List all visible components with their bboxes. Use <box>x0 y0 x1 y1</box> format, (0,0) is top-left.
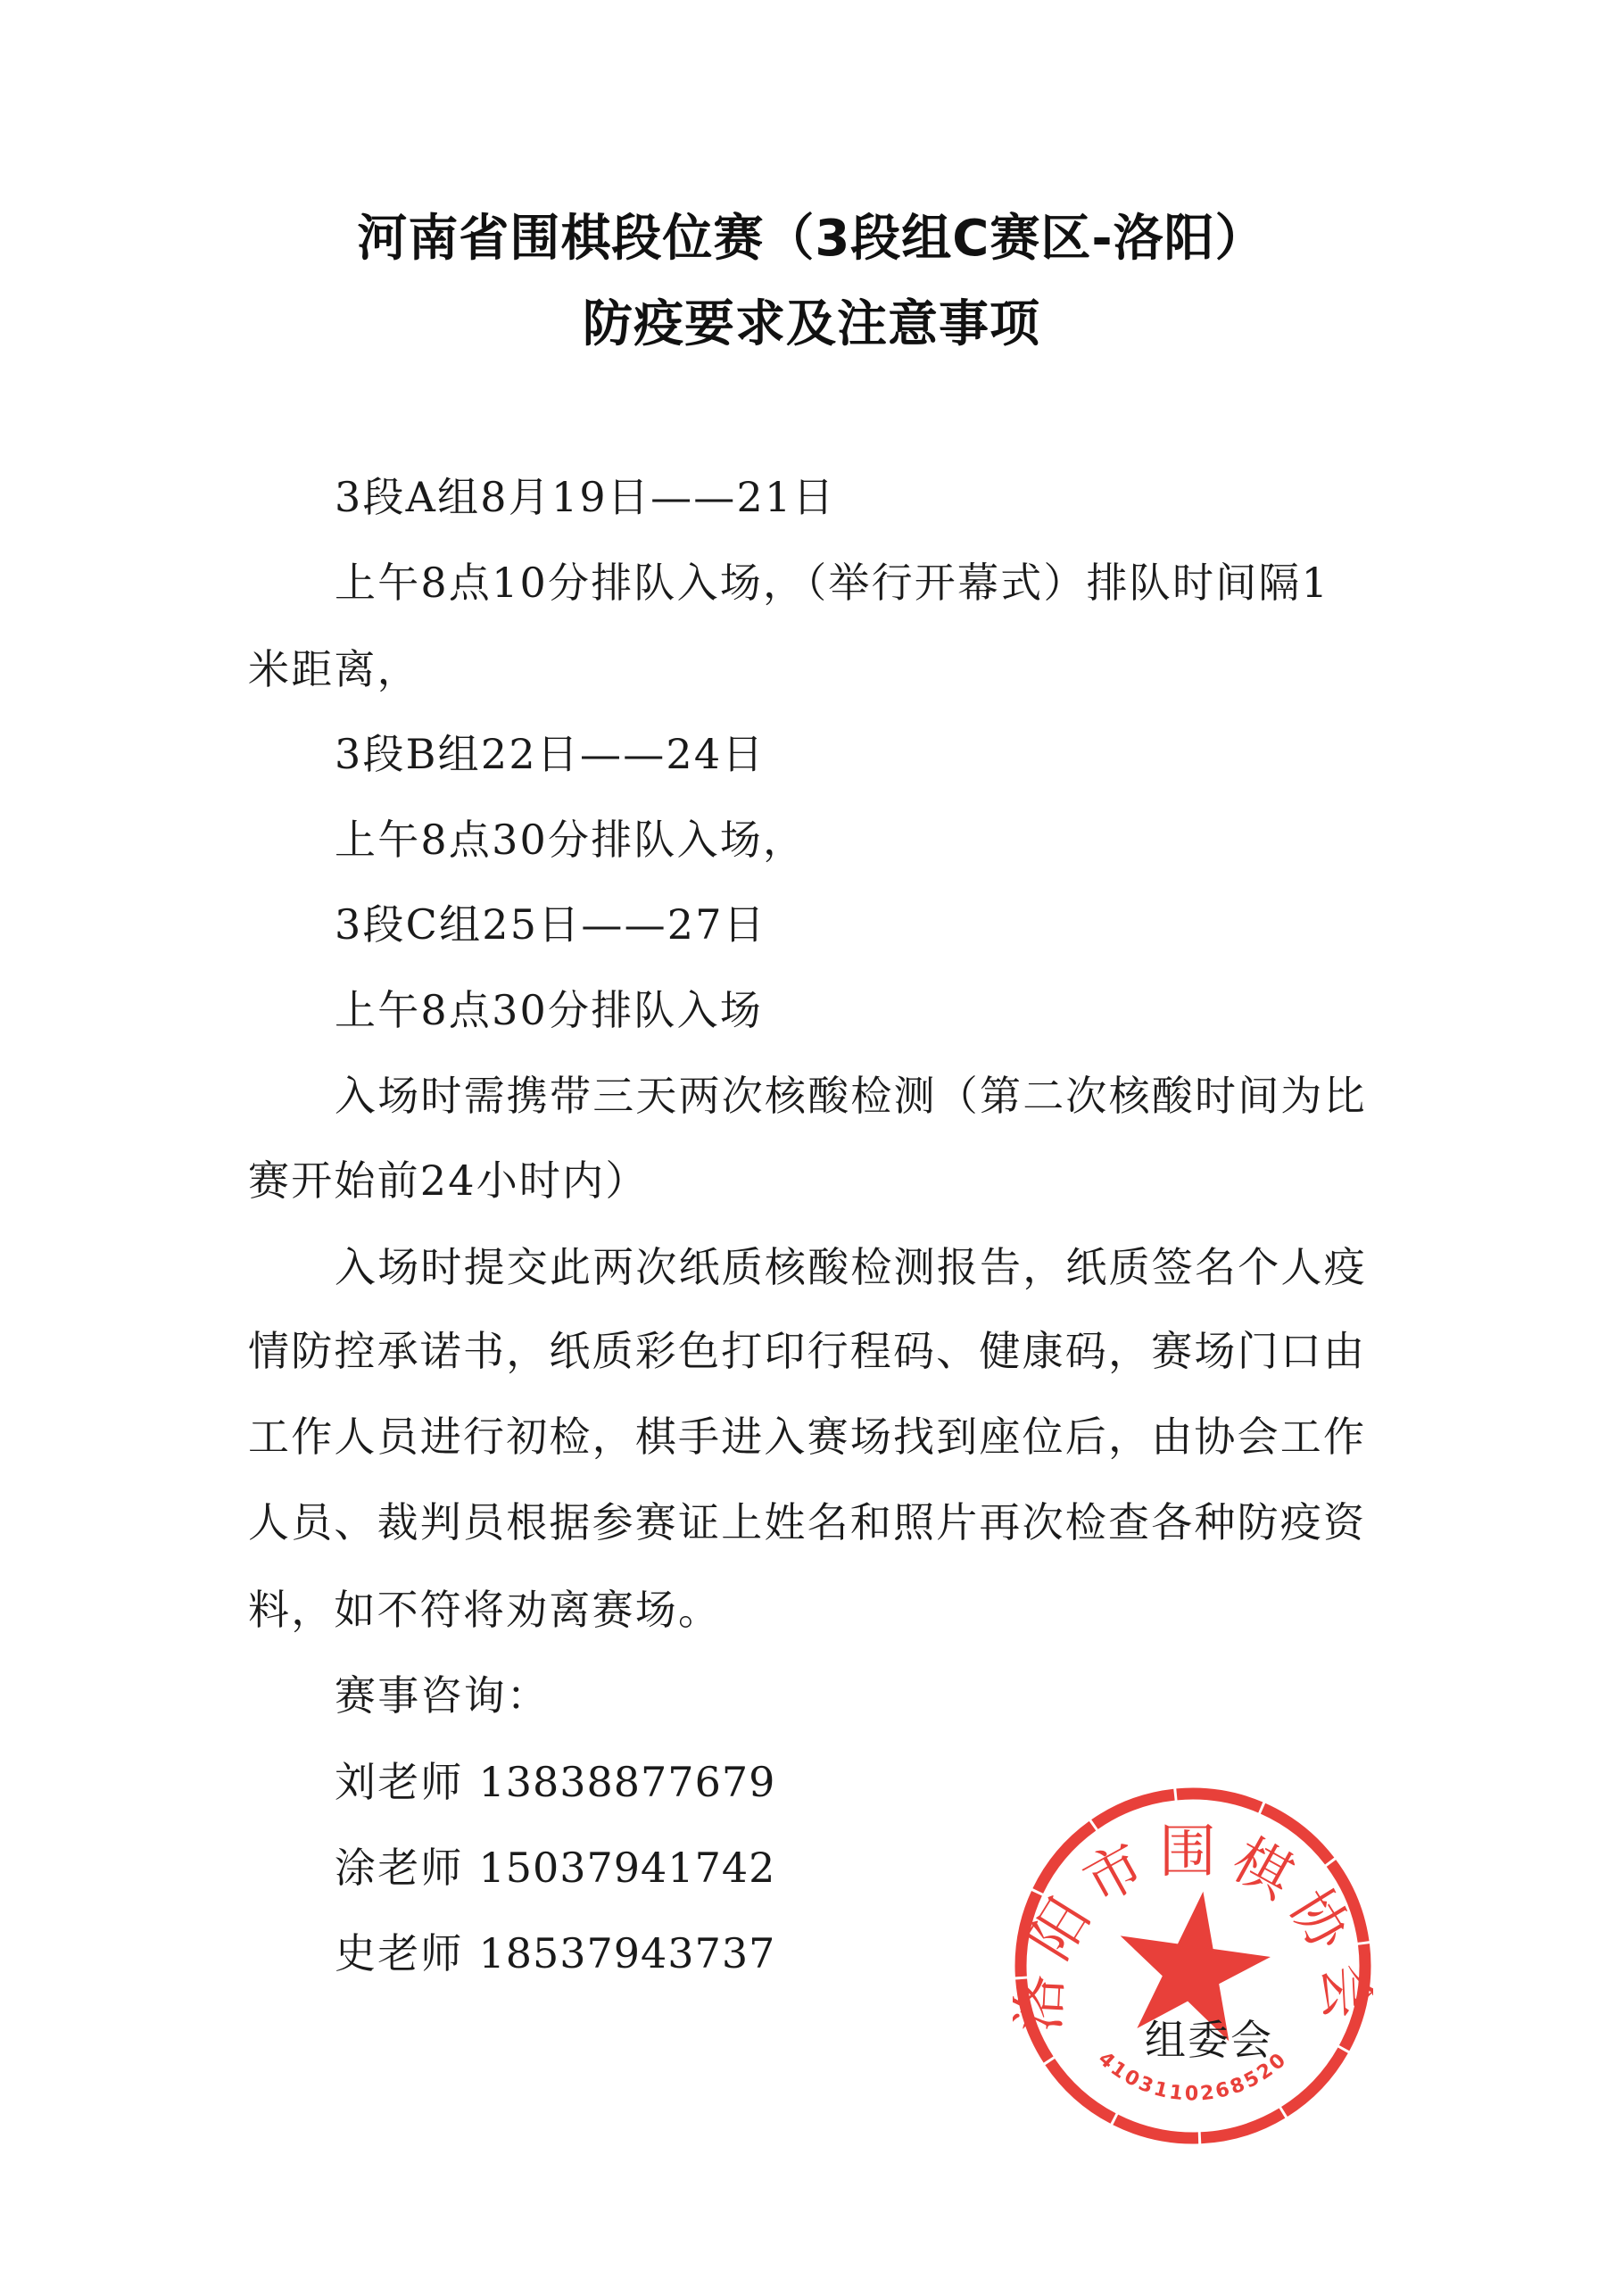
documents-requirement-line5: 料，如不符将劝离赛场。 <box>248 1583 1378 1637</box>
contact-name: 刘老师 <box>335 1758 464 1806</box>
testing-requirement-cont: 赛开始前24小时内） <box>248 1154 1378 1207</box>
document-title: 河南省围棋段位赛（3段组C赛区-洛阳） <box>0 208 1623 270</box>
schedule-group-c-entry: 上午8点30分排队入场 <box>248 983 1378 1037</box>
schedule-group-a-entry: 上午8点10分排队入场，（举行开幕式）排队时间隔1 <box>248 556 1378 609</box>
contacts-heading: 赛事咨询： <box>248 1669 1378 1722</box>
document-page: 河南省围棋段位赛（3段组C赛区-洛阳） 防疫要求及注意事项 3段A组8月19日—… <box>0 0 1623 2296</box>
documents-requirement-line3: 工作人员进行初检，棋手进入赛场找到座位后，由协会工作 <box>248 1410 1378 1463</box>
contact-phone: 13838877679 <box>478 1758 775 1806</box>
document-subtitle: 防疫要求及注意事项 <box>0 294 1623 356</box>
documents-requirement-line4: 人员、裁判员根据参赛证上姓名和照片再次检查各种防疫资 <box>248 1496 1378 1549</box>
contact-phone: 18537943737 <box>478 1929 775 1977</box>
schedule-group-b-entry: 上午8点30分排队入场， <box>248 813 1378 866</box>
schedule-group-a-entry-cont: 米距离， <box>248 642 1378 696</box>
contact-name: 史老师 <box>335 1929 464 1977</box>
contact-phone: 15037941742 <box>478 1844 775 1892</box>
contact-name: 涂老师 <box>335 1844 464 1892</box>
schedule-group-a: 3段A组8月19日——21日 <box>248 470 1378 524</box>
documents-requirement: 入场时提交此两次纸质核酸检测报告，纸质签名个人疫 <box>248 1240 1378 1294</box>
documents-requirement-line2: 情防控承诺书，纸质彩色打印行程码、健康码，赛场门口由 <box>248 1324 1378 1378</box>
schedule-group-c: 3段C组25日——27日 <box>248 898 1378 951</box>
schedule-group-b: 3段B组22日——24日 <box>248 727 1378 781</box>
testing-requirement: 入场时需携带三天两次核酸检测（第二次核酸时间为比 <box>248 1069 1378 1123</box>
signature-organizing-committee: 组委会 <box>1145 2015 1273 2065</box>
official-seal: 洛阳市围棋协会 4103110268520 <box>1013 1786 1373 2146</box>
